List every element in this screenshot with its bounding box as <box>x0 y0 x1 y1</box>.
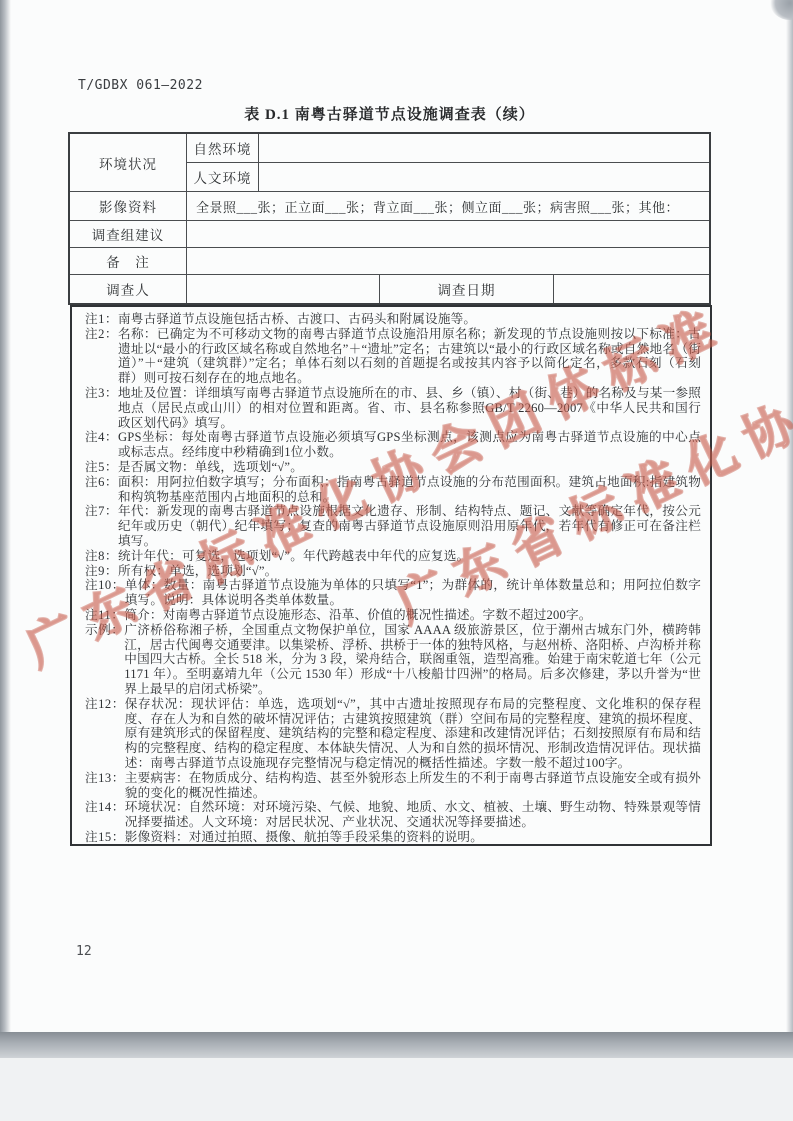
note-label: 注14： <box>85 800 125 830</box>
media-label: 影像资料 <box>70 192 187 220</box>
note-item: 注5：是否属文物：单线，选项划“√”。 <box>85 460 701 475</box>
surveyor-field <box>187 275 380 303</box>
note-label: 注15： <box>85 830 125 845</box>
note-text: GPS坐标：每处南粤古驿道节点设施必须填写GPS坐标测点，该测点应为南粤古驿道节… <box>118 430 701 460</box>
survey-form-table: 环境状况 自然环境 人文环境 影像资料 全景照___张；正立面___张；背立面_… <box>68 132 711 305</box>
environment-label: 环境状况 <box>70 134 187 191</box>
note-label: 注11： <box>85 608 124 623</box>
note-label: 注16： <box>85 845 125 846</box>
note-label: 注6： <box>85 475 118 505</box>
page-number: 12 <box>76 944 92 959</box>
note-label: 注1： <box>85 312 118 327</box>
note-text: 名称：已确定为不可移动文物的南粤古驿道节点设施沿用原名称；新发现的节点设施则按以… <box>118 327 701 386</box>
remark-field <box>187 248 709 274</box>
survey-date-field <box>554 275 709 303</box>
note-item: 注6：面积：用阿拉伯数字填写；分布面积：指南粤古驿道节点设施的分布范围面积。建筑… <box>85 475 701 505</box>
note-label: 注8： <box>85 549 118 564</box>
note-text: 年代：新发现的南粤古驿道节点设施根据文化遗存、形制、结构特点、题记、文献等确定年… <box>118 504 701 548</box>
note-label: 注9： <box>85 564 118 579</box>
note-text: 主要病害：在物质成分、结构构造、甚至外貌形态上所发生的不利于南粤古驿道节点设施安… <box>125 771 701 801</box>
survey-date-label: 调查日期 <box>380 275 554 303</box>
suggestion-label: 调查组建议 <box>70 221 187 247</box>
note-label: 注2： <box>85 327 118 386</box>
note-label: 注12： <box>85 697 125 771</box>
surveyor-label: 调查人 <box>70 275 187 303</box>
note-text: 是否属文物：单线，选项划“√”。 <box>118 460 701 475</box>
scan-bottom-shadow <box>0 1032 793 1058</box>
note-item: 注14：环境状况：自然环境：对环境污染、气候、地貌、地质、水文、植被、土壤、野生… <box>85 800 701 830</box>
note-item: 注13：主要病害：在物质成分、结构构造、甚至外貌形态上所发生的不利于南粤古驿道节… <box>85 771 701 801</box>
scan-left-shadow <box>0 0 11 1046</box>
note-text: 面积：用阿拉伯数字填写；分布面积：指南粤古驿道节点设施的分布范围面积。建筑占地面… <box>118 475 701 505</box>
scan-corner-shadow <box>770 0 793 20</box>
scanned-document-page: T/GDBX 061—2022 表 D.1 南粤古驿道节点设施调查表（续） 环境… <box>0 0 793 1121</box>
note-text: 环境状况：自然环境：对环境污染、气候、地貌、地质、水文、植被、土壤、野生动物、特… <box>125 800 701 830</box>
suggestion-field <box>187 221 709 247</box>
natural-env-field <box>259 134 709 162</box>
note-item: 注1：南粤古驿道节点设施包括古桥、古渡口、古码头和附属设施等。 <box>85 312 701 327</box>
note-item: 注11：简介：对南粤古驿道节点设施形态、沿革、价值的概况性描述。字数不超过200… <box>85 608 701 623</box>
note-item: 注4：GPS坐标：每处南粤古驿道节点设施必须填写GPS坐标测点，该测点应为南粤古… <box>85 430 701 460</box>
notes-box: 注1：南粤古驿道节点设施包括古桥、古渡口、古码头和附属设施等。注2：名称：已确定… <box>70 305 712 846</box>
row-environment: 环境状况 自然环境 人文环境 <box>70 134 709 192</box>
scan-background <box>0 1058 793 1121</box>
note-text: 影像资料：对通过拍照、摄像、航拍等手段采集的资料的说明。 <box>125 830 701 845</box>
note-label: 注3： <box>85 386 118 430</box>
row-media: 影像资料 全景照___张；正立面___张；背立面___张；侧立面___张；病害照… <box>70 192 709 221</box>
note-text: 统计年代：可复选，选项划“√”。年代跨越表中年代的应复选。 <box>118 549 701 564</box>
human-env-field <box>259 163 709 191</box>
note-label: 注4： <box>85 430 118 460</box>
note-item: 注15：影像资料：对通过拍照、摄像、航拍等手段采集的资料的说明。 <box>85 830 701 845</box>
note-text: 保存状况：现状评估：单选，选项划“√”，其中古遗址按照现存布局的完整程度、文化堆… <box>125 697 701 771</box>
note-item: 注9：所有权：单选，选项划“√”。 <box>85 564 701 579</box>
note-item: 注16：调查组建议：对该处南粤古驿道节点设施的保护、管理和合理利用等提出的具体建… <box>85 845 701 846</box>
note-item: 注2：名称：已确定为不可移动文物的南粤古驿道节点设施沿用原名称；新发现的节点设施… <box>85 327 701 386</box>
note-item: 注3：地址及位置：详细填写南粤古驿道节点设施所在的市、县、乡（镇）、村（街、巷）… <box>85 386 701 430</box>
note-label: 注10： <box>85 578 125 608</box>
note-item: 注7：年代：新发现的南粤古驿道节点设施根据文化遗存、形制、结构特点、题记、文献等… <box>85 504 701 548</box>
note-text: 南粤古驿道节点设施包括古桥、古渡口、古码头和附属设施等。 <box>118 312 701 327</box>
row-suggestion: 调查组建议 <box>70 221 709 248</box>
table-title: 表 D.1 南粤古驿道节点设施调查表（续） <box>68 103 711 124</box>
note-text: 调查组建议：对该处南粤古驿道节点设施的保护、管理和合理利用等提出的具体建议。 <box>125 845 701 846</box>
note-label: 注5： <box>85 460 118 475</box>
note-text: 地址及位置：详细填写南粤古驿道节点设施所在的市、县、乡（镇）、村（街、巷）的名称… <box>118 386 701 430</box>
note-label: 注7： <box>85 504 118 548</box>
note-item: 注12：保存状况：现状评估：单选，选项划“√”，其中古遗址按照现存布局的完整程度… <box>85 697 701 771</box>
note-text: 所有权：单选，选项划“√”。 <box>118 564 701 579</box>
row-surveyor: 调查人 调查日期 <box>70 275 709 303</box>
natural-env-label: 自然环境 <box>187 134 259 162</box>
note-item: 注10：单体：数量：南粤古驿道节点设施为单体的只填写“1”；为群体的，统计单体数… <box>85 578 701 608</box>
remark-label: 备 注 <box>70 248 187 274</box>
note-text: 单体：数量：南粤古驿道节点设施为单体的只填写“1”；为群体的，统计单体数量总和；… <box>125 578 701 608</box>
note-label: 注13： <box>85 771 125 801</box>
note-text: 简介：对南粤古驿道节点设施形态、沿革、价值的概况性描述。字数不超过200字。 <box>124 608 701 623</box>
note-item: 示例：广济桥俗称湘子桥，全国重点文物保护单位，国家 AAAA 级旅游景区，位于潮… <box>85 623 701 697</box>
media-value: 全景照___张；正立面___张；背立面___张；侧立面___张；病害照___张；… <box>187 192 709 220</box>
scan-right-shadow <box>786 0 793 1032</box>
standard-number: T/GDBX 061—2022 <box>78 78 203 93</box>
human-env-label: 人文环境 <box>187 163 259 191</box>
note-label: 示例： <box>85 623 124 697</box>
note-item: 注8：统计年代：可复选，选项划“√”。年代跨越表中年代的应复选。 <box>85 549 701 564</box>
row-remark: 备 注 <box>70 248 709 275</box>
note-text: 广济桥俗称湘子桥，全国重点文物保护单位，国家 AAAA 级旅游景区，位于潮州古城… <box>124 623 701 697</box>
